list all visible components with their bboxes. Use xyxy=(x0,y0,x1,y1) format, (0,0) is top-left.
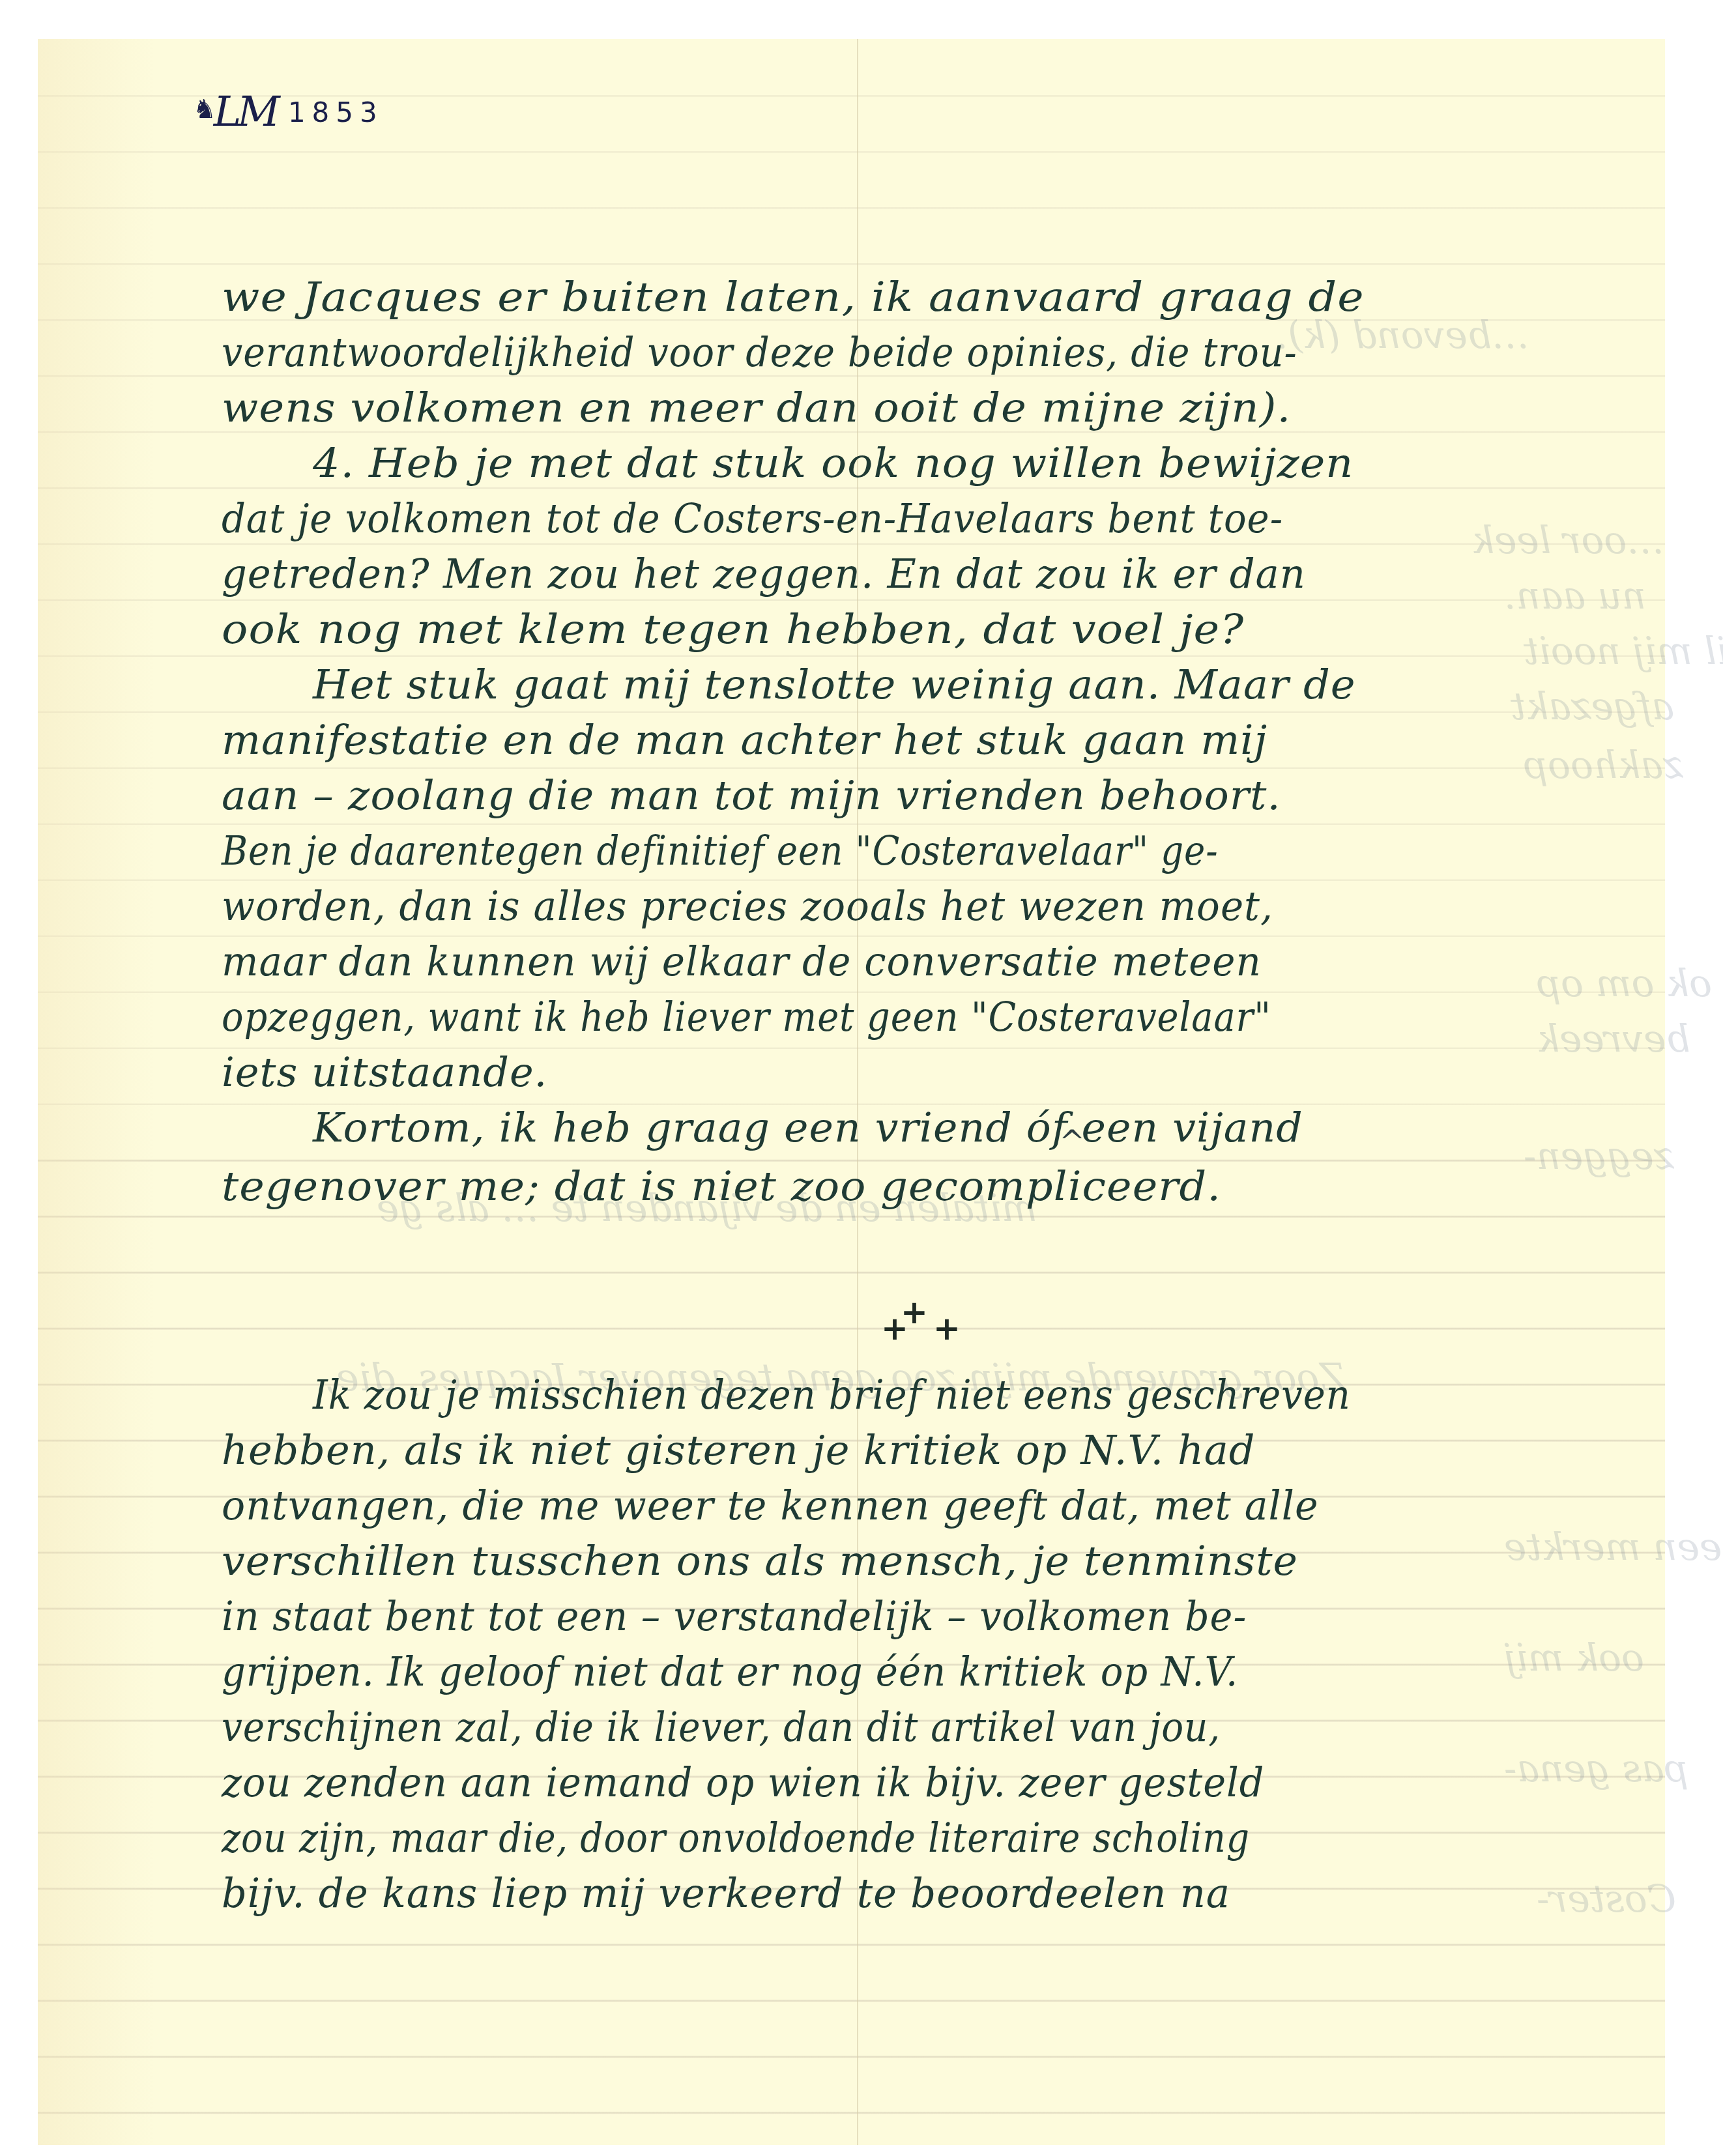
text-line: verschillen tusschen ons als mensch, je … xyxy=(222,1541,1298,1581)
text-line: ontvangen, die me weer te kennen geeft d… xyxy=(222,1486,1318,1526)
text-line: Ben je daarentegen definitief een "Coste… xyxy=(222,831,1218,871)
text-line: we Jacques er buiten laten, ik aanvaard … xyxy=(222,277,1365,317)
bleed-through: …oor leek xyxy=(1471,518,1664,562)
text-line: Ik zou je misschien dezen brief niet een… xyxy=(313,1375,1351,1415)
text-line: verantwoordelijkheid voor deze beide opi… xyxy=(222,332,1297,373)
text-line: maar dan kunnen wij elkaar de conversati… xyxy=(222,941,1262,982)
text-line: dat je volkomen tot de Costers-en-Havela… xyxy=(222,498,1283,539)
text-line: 4. Heb je met dat stuk ook nog willen be… xyxy=(313,443,1354,483)
bleed-through: nu aan. xyxy=(1504,573,1646,618)
text-line: in staat bent tot een – verstandelijk – … xyxy=(222,1596,1247,1637)
text-line: opzeggen, want ik heb liever met geen "C… xyxy=(222,997,1271,1037)
text-line: zou zenden aan iemand op wien ik bijv. z… xyxy=(222,1762,1264,1803)
bleed-through: zakhoop xyxy=(1524,743,1683,787)
text-line: manifestatie en de man achter het stuk g… xyxy=(222,720,1267,760)
lion-crest-icon: ♞ xyxy=(193,94,212,124)
text-line: iets uitstaande. xyxy=(222,1052,547,1093)
bleed-through: zeggen- xyxy=(1524,1134,1673,1178)
text-line: ook nog met klem tegen hebben, dat voel … xyxy=(222,609,1244,650)
bleed-through: geen merkte xyxy=(1504,1525,1723,1569)
text-line: bijv. de kans liep mij verkeerd te beoor… xyxy=(222,1873,1230,1914)
text-line: zou zijn, maar die, door onvoldoende lit… xyxy=(222,1818,1250,1858)
text-line: worden, dan is alles precies zooals het … xyxy=(222,886,1273,927)
text-line: aan – zoolang die man tot mijn vrienden … xyxy=(222,775,1281,816)
text-line: Kortom, ik heb graag een vriend óf een v… xyxy=(313,1108,1303,1148)
bleed-through: il mij nooit xyxy=(1524,629,1723,673)
bleed-through: ok om op xyxy=(1537,961,1712,1005)
text-line: grijpen. Ik geloof niet dat er nog één k… xyxy=(222,1652,1238,1692)
bleed-through: pas gena- xyxy=(1504,1746,1688,1790)
text-line: getreden? Men zou het zeggen. En dat zou… xyxy=(222,554,1306,594)
bleed-through: Coster- xyxy=(1537,1876,1676,1921)
bleed-through: afgezakt xyxy=(1511,684,1674,728)
bleed-through: bevreek xyxy=(1537,1016,1690,1061)
text-line: Het stuk gaat mij tenslotte weinig aan. … xyxy=(313,665,1356,705)
text-line: hebben, als ik niet gisteren je kritiek … xyxy=(222,1430,1255,1471)
text-line: wens volkomen en meer dan ooit de mijne … xyxy=(222,388,1291,428)
text-line: verschijnen zal, die ik liever, dan dit … xyxy=(222,1707,1221,1747)
text-line: tegenover me; dat is niet zoo gecomplice… xyxy=(222,1166,1221,1207)
bleed-through: ook mij xyxy=(1504,1635,1644,1680)
letterhead-number: 1853 xyxy=(288,96,384,128)
letterhead: ♞LM 1853 xyxy=(193,91,384,133)
monogram-logo: ♞LM xyxy=(193,91,276,133)
